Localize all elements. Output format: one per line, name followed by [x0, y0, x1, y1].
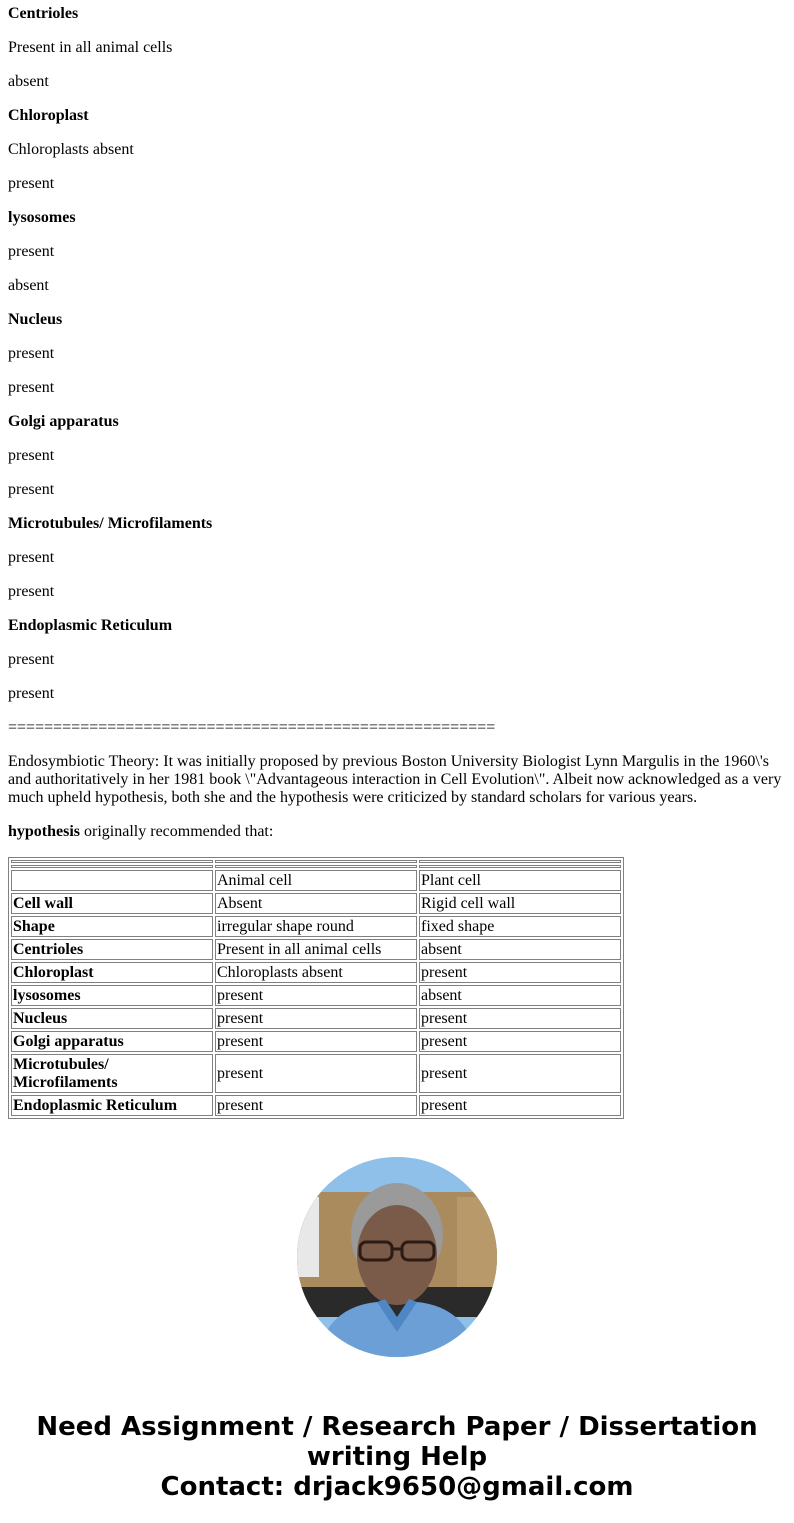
- plant-cell-value: present: [419, 1008, 621, 1029]
- row-label-cell: Nucleus: [11, 1008, 213, 1029]
- section-value: present: [8, 549, 786, 567]
- plant-cell-value: Rigid cell wall: [419, 893, 621, 914]
- table-row: Golgi apparatuspresentpresent: [11, 1031, 621, 1052]
- section-value: absent: [8, 73, 786, 91]
- plant-cell-value: fixed shape: [419, 916, 621, 937]
- section-heading: Chloroplast: [8, 107, 786, 125]
- plant-cell-value: present: [419, 1095, 621, 1116]
- endosymbiotic-theory-paragraph: Endosymbiotic Theory: It was initially p…: [8, 753, 786, 807]
- table-row: Microtubules/ Microfilamentspresentprese…: [11, 1054, 621, 1093]
- table-row: Endoplasmic Reticulumpresentpresent: [11, 1095, 621, 1116]
- row-label-cell: Centrioles: [11, 939, 213, 960]
- footer-contact: Contact: drjack9650@gmail.com: [28, 1472, 766, 1502]
- row-label-cell: lysosomes: [11, 985, 213, 1006]
- author-avatar: [297, 1157, 497, 1357]
- section-value: present: [8, 243, 786, 261]
- document-body: CentriolesPresent in all animal cellsabs…: [0, 0, 794, 1502]
- row-label-cell: Golgi apparatus: [11, 1031, 213, 1052]
- table-row: Cell wallAbsentRigid cell wall: [11, 893, 621, 914]
- section-value: Chloroplasts absent: [8, 141, 786, 159]
- header-cell-plant: Plant cell: [419, 870, 621, 891]
- section-heading: Microtubules/ Microfilaments: [8, 515, 786, 533]
- table-row: Shapeirregular shape roundfixed shape: [11, 916, 621, 937]
- animal-cell-value: Absent: [215, 893, 417, 914]
- section-value: absent: [8, 277, 786, 295]
- row-label-cell: Cell wall: [11, 893, 213, 914]
- plant-cell-value: present: [419, 1031, 621, 1052]
- section-heading: Golgi apparatus: [8, 413, 786, 431]
- row-label-cell: Microtubules/ Microfilaments: [11, 1054, 213, 1093]
- section-value: present: [8, 481, 786, 499]
- header-cell: [11, 870, 213, 891]
- section-value: present: [8, 685, 786, 703]
- section-value: present: [8, 583, 786, 601]
- section-heading: lysosomes: [8, 209, 786, 227]
- comparison-table: Animal cell Plant cell Cell wallAbsentRi…: [8, 857, 624, 1119]
- section-value: present: [8, 175, 786, 193]
- animal-cell-value: present: [215, 1054, 417, 1093]
- plant-cell-value: absent: [419, 985, 621, 1006]
- table-row: ChloroplastChloroplasts absentpresent: [11, 962, 621, 983]
- plant-cell-value: present: [419, 1054, 621, 1093]
- section-heading: Endoplasmic Reticulum: [8, 617, 786, 635]
- section-heading: Centrioles: [8, 5, 786, 23]
- table-row: lysosomespresentabsent: [11, 985, 621, 1006]
- person-photo-icon: [297, 1157, 497, 1357]
- row-label-cell: Chloroplast: [11, 962, 213, 983]
- hypothesis-bold: hypothesis: [8, 823, 80, 840]
- table-header-row: Animal cell Plant cell: [11, 870, 621, 891]
- animal-cell-value: present: [215, 985, 417, 1006]
- contact-footer: Need Assignment / Research Paper / Disse…: [8, 1412, 786, 1502]
- separator-line: ========================================…: [8, 719, 786, 737]
- table-empty-row: [11, 865, 621, 868]
- animal-cell-value: present: [215, 1031, 417, 1052]
- header-cell-animal: Animal cell: [215, 870, 417, 891]
- animal-cell-value: present: [215, 1008, 417, 1029]
- section-heading: Nucleus: [8, 311, 786, 329]
- row-label-cell: Shape: [11, 916, 213, 937]
- section-value: present: [8, 447, 786, 465]
- table-row: CentriolesPresent in all animal cellsabs…: [11, 939, 621, 960]
- section-value: Present in all animal cells: [8, 39, 786, 57]
- row-label-cell: Endoplasmic Reticulum: [11, 1095, 213, 1116]
- table-empty-row: [11, 860, 621, 863]
- table-row: Nucleuspresentpresent: [11, 1008, 621, 1029]
- animal-cell-value: present: [215, 1095, 417, 1116]
- section-value: present: [8, 379, 786, 397]
- plant-cell-value: present: [419, 962, 621, 983]
- animal-cell-value: irregular shape round: [215, 916, 417, 937]
- cell-organelle-list: CentriolesPresent in all animal cellsabs…: [8, 0, 786, 703]
- hypothesis-line: hypothesis originally recommended that:: [8, 823, 786, 841]
- animal-cell-value: Chloroplasts absent: [215, 962, 417, 983]
- hypothesis-rest: originally recommended that:: [80, 823, 273, 840]
- avatar-container: [8, 1157, 786, 1362]
- footer-headline: Need Assignment / Research Paper / Disse…: [28, 1412, 766, 1472]
- section-value: present: [8, 345, 786, 363]
- animal-cell-value: Present in all animal cells: [215, 939, 417, 960]
- plant-cell-value: absent: [419, 939, 621, 960]
- section-value: present: [8, 651, 786, 669]
